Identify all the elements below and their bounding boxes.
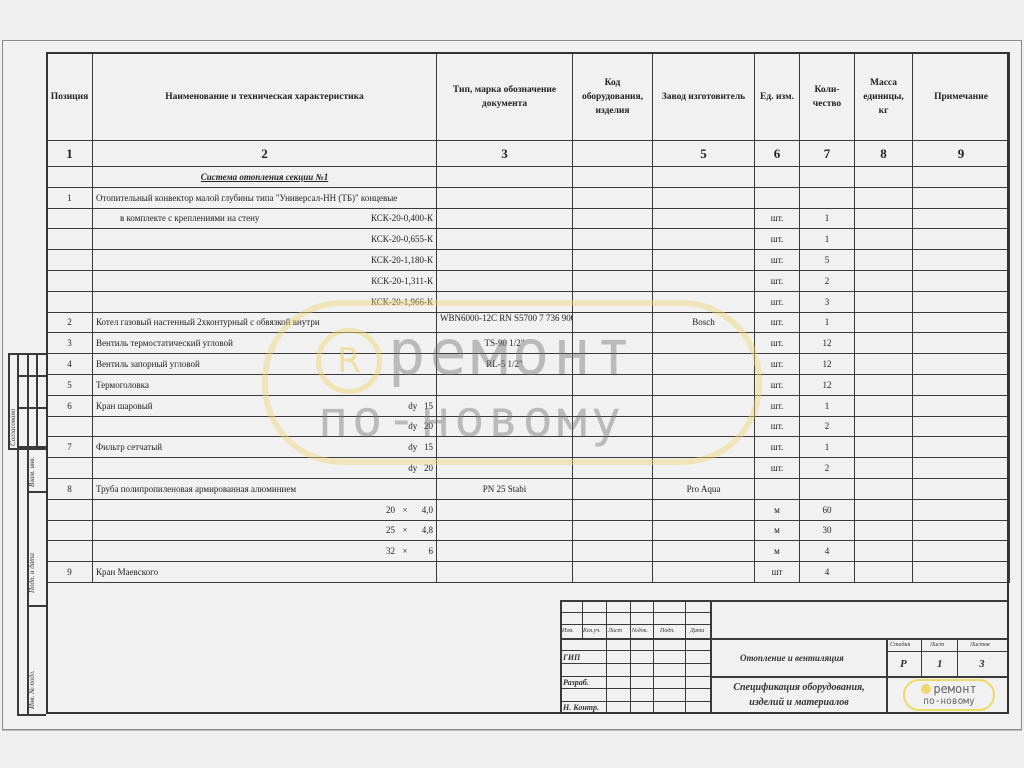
side-label-replaced: Взам. инв.	[28, 457, 36, 487]
side-label-agreed: Согласовано	[9, 409, 17, 446]
side-label-sign-date: Подп. и дата	[28, 553, 36, 593]
approval-strip: Согласовано Взам. инв. Подп. и дата Инв.…	[8, 353, 46, 714]
table-frame	[46, 52, 1009, 714]
side-label-inventory: Инв. № подл.	[28, 670, 36, 709]
